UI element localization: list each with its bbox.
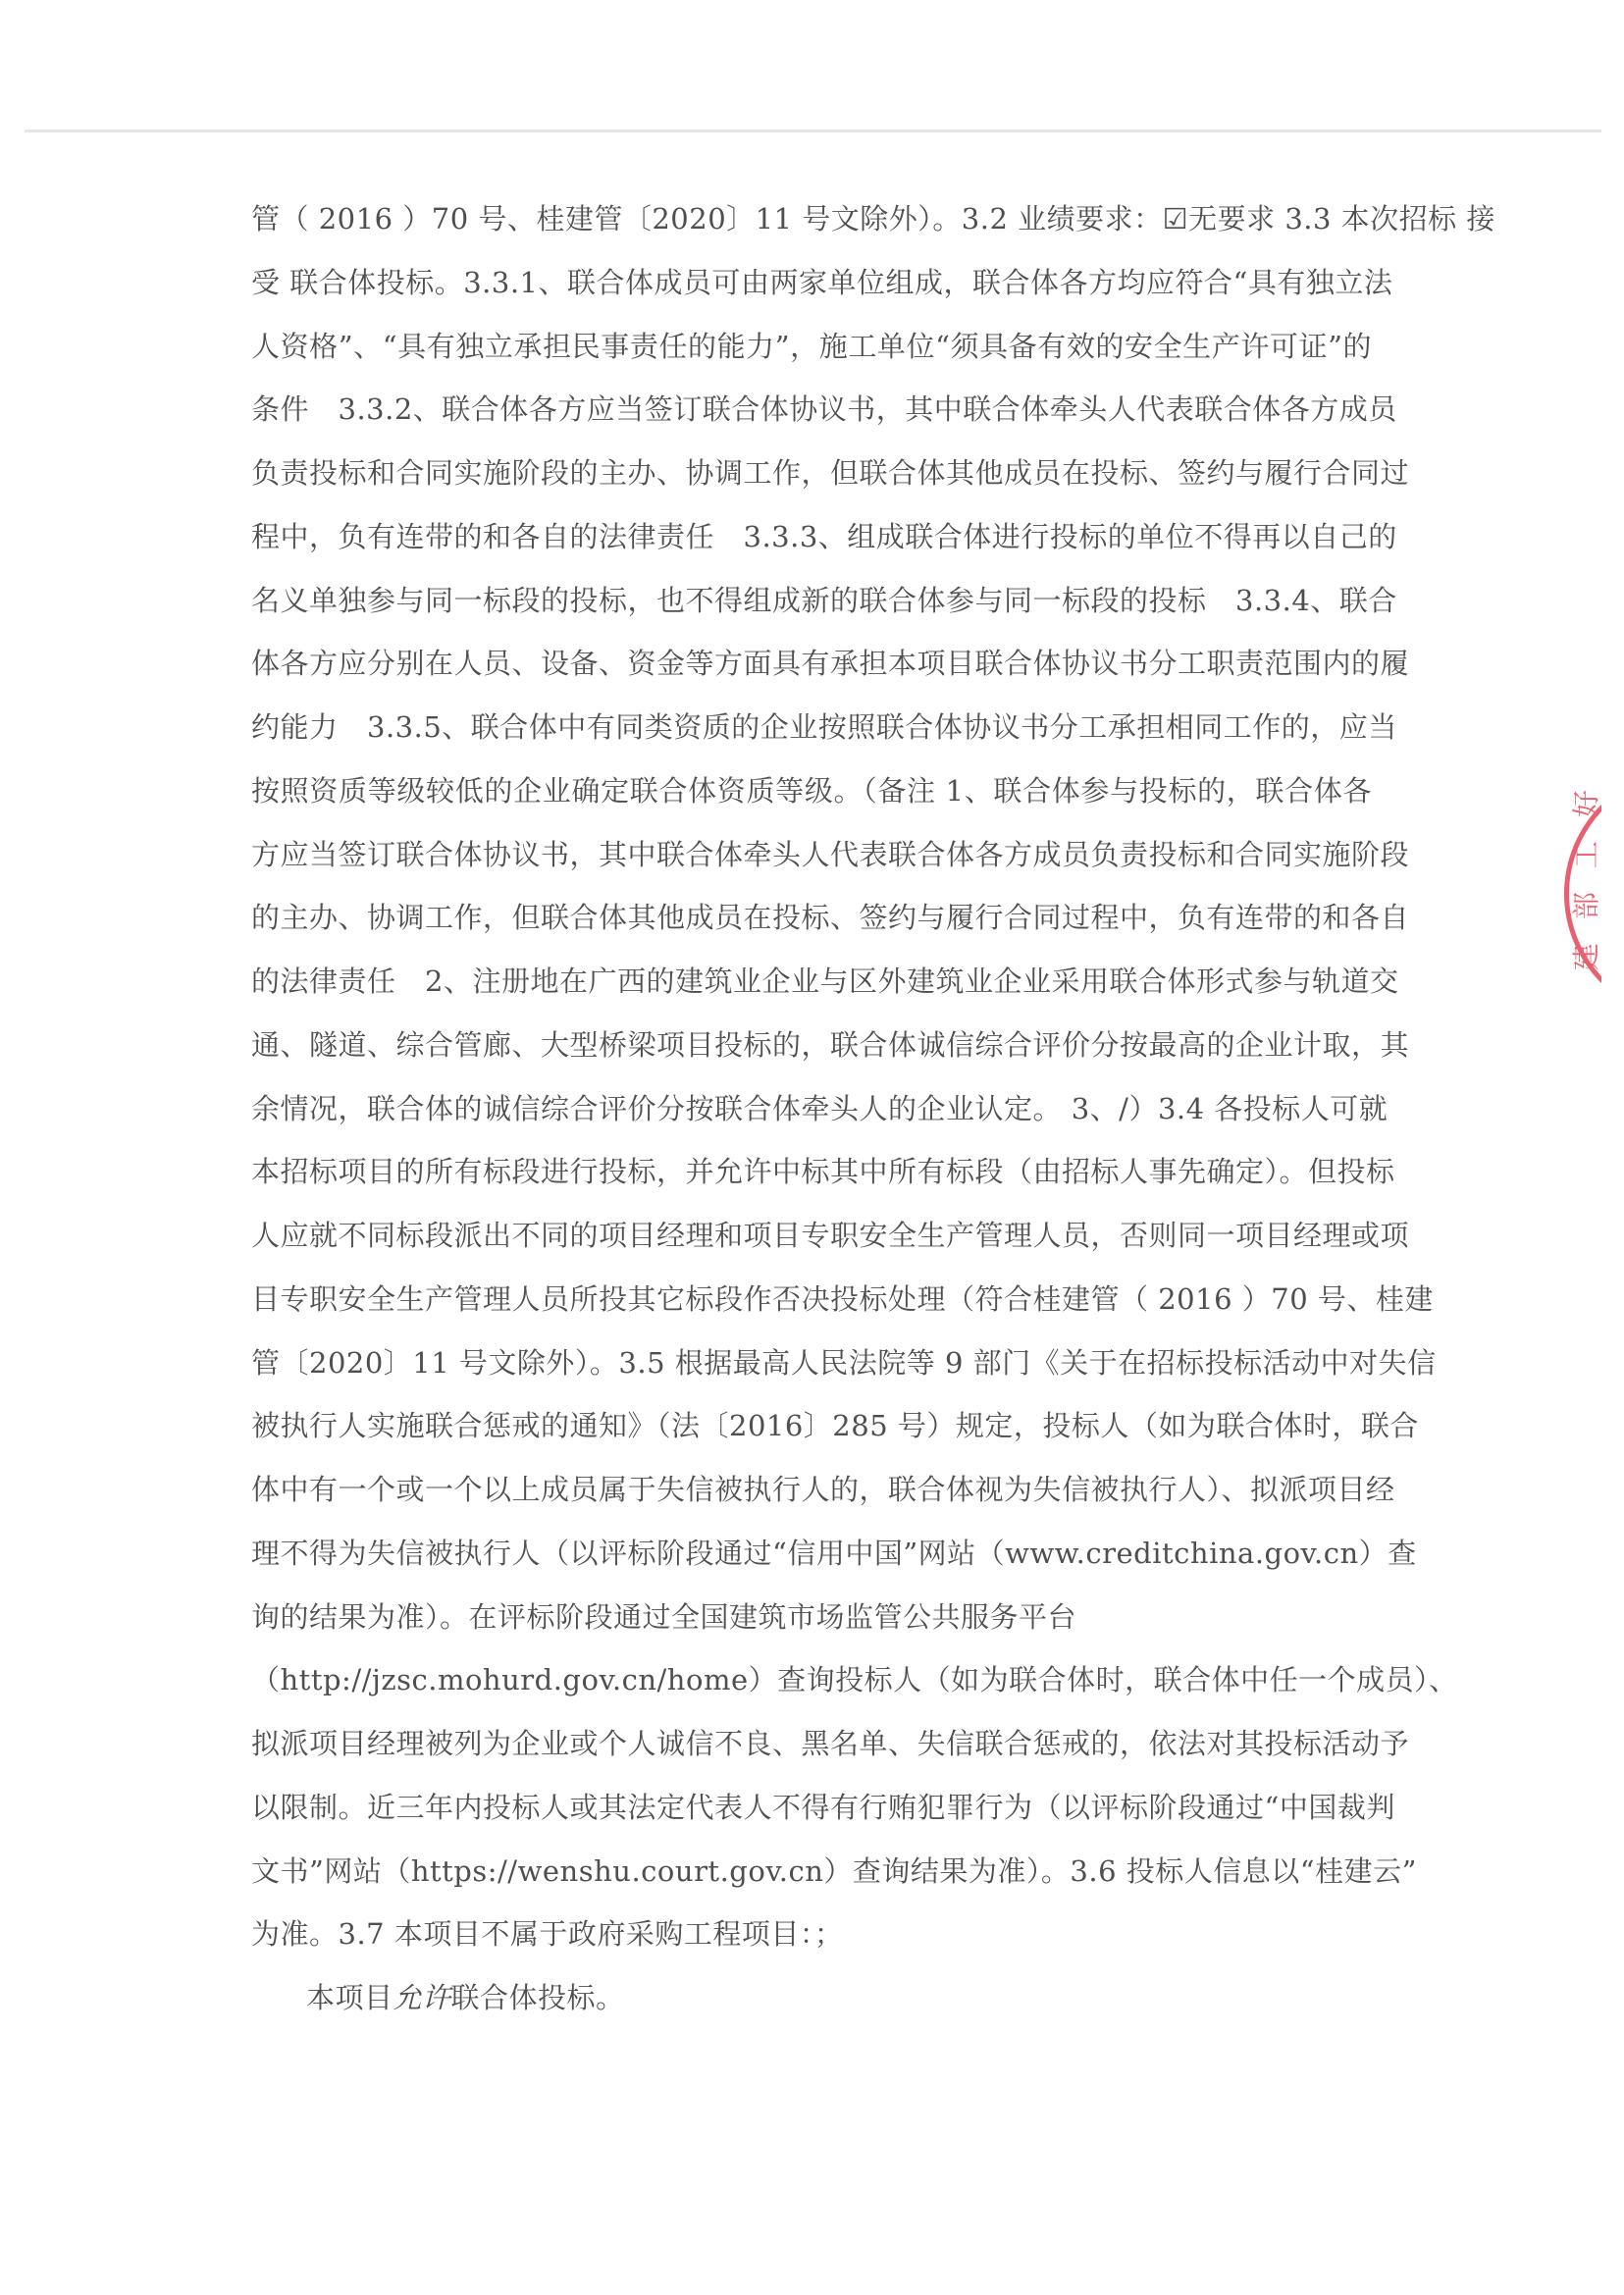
text-line: 体各方应分别在人员、设备、资金等方面具有承担本项目联合体协议书分工职责范围内的履: [251, 632, 1372, 696]
text-line: 受 联合体投标。3.3.1、联合体成员可由两家单位组成，联合体各方均应符合“具有…: [251, 251, 1372, 315]
seal-glyph: 建: [1564, 937, 1601, 970]
official-seal-text: 好 工 部 建: [1564, 775, 1601, 1016]
seal-glyph: 工: [1564, 835, 1601, 868]
text-line: 通、隧道、综合管廊、大型桥梁项目投标的，联合体诚信综合评价分按最高的企业计取，其: [251, 1014, 1372, 1077]
text-line: 方应当签订联合体协议书，其中联合体牵头人代表联合体各方成员负责投标和合同实施阶段: [251, 823, 1372, 887]
text-line: 询的结果为准）。在评标阶段通过全国建筑市场监管公共服务平台: [251, 1586, 1372, 1649]
text-line: 管（ 2016 ）70 号、桂建管〔2020〕11 号文除外）。3.2 业绩要求…: [251, 187, 1372, 251]
text-line: 文书”网站（https://wenshu.court.gov.cn）查询结果为准…: [251, 1840, 1372, 1904]
text-line: 按照资质等级较低的企业确定联合体资质等级。（备注 1、联合体参与投标的，联合体各: [251, 759, 1372, 823]
text-line: 的法律责任 2、注册地在广西的建筑业企业与区外建筑业企业采用联合体形式参与轨道交: [251, 950, 1372, 1014]
closing-prefix: 本项目: [306, 1981, 393, 2014]
text-line: 被执行人实施联合惩戒的通知》（法〔2016〕285 号）规定，投标人（如为联合体…: [251, 1394, 1372, 1458]
text-line: 条件 3.3.2、联合体各方应当签订联合体协议书，其中联合体牵头人代表联合体各方…: [251, 378, 1372, 442]
text-line: 拟派项目经理被列为企业或个人诚信不良、黑名单、失信联合惩戒的，依法对其投标活动予: [251, 1712, 1372, 1776]
closing-emphasis: 允许: [393, 1981, 451, 2014]
seal-glyph: 部: [1564, 886, 1601, 919]
text-line: 余情况，联合体的诚信综合评价分按联合体牵头人的企业认定。 3、/）3.4 各投标…: [251, 1077, 1372, 1141]
text-line: 理不得为失信被执行人（以评标阶段通过“信用中国”网站（www.creditchi…: [251, 1522, 1372, 1586]
closing-statement: 本项目允许联合体投标。: [251, 1966, 1372, 2030]
text-line: 约能力 3.3.5、联合体中有同类资质的企业按照联合体协议书分工承担相同工作的，…: [251, 696, 1372, 759]
text-line: 负责投标和合同实施阶段的主办、协调工作，但联合体其他成员在投标、签约与履行合同过: [251, 442, 1372, 505]
text-line-url: （http://jzsc.mohurd.gov.cn/home）查询投标人（如为…: [251, 1648, 1372, 1712]
text-line: 的主办、协调工作，但联合体其他成员在投标、签约与履行合同过程中，负有连带的和各自: [251, 886, 1372, 950]
text-line: 本招标项目的所有标段进行投标，并允许中标其中所有标段（由招标人事先确定）。但投标: [251, 1140, 1372, 1204]
text-line: 名义单独参与同一标段的投标，也不得组成新的联合体参与同一标段的投标 3.3.4、…: [251, 569, 1372, 633]
seal-glyph: 好: [1564, 784, 1601, 817]
text-line: 人应就不同标段派出不同的项目经理和项目专职安全生产管理人员，否则同一项目经理或项: [251, 1204, 1372, 1268]
text-line: 管〔2020〕11 号文除外）。3.5 根据最高人民法院等 9 部门《关于在招标…: [251, 1331, 1372, 1395]
text-line: 目专职安全生产管理人员所投其它标段作否决投标处理（符合桂建管（ 2016 ）70…: [251, 1268, 1372, 1331]
closing-suffix: 联合体投标。: [451, 1981, 625, 2014]
header-rule: [25, 130, 1601, 132]
text-line: 程中，负有连带的和各自的法律责任 3.3.3、组成联合体进行投标的单位不得再以自…: [251, 505, 1372, 569]
text-line: 体中有一个或一个以上成员属于失信被执行人的，联合体视为失信被执行人）、拟派项目经: [251, 1458, 1372, 1522]
text-line: 以限制。近三年内投标人或其法定代表人不得有行贿犯罪行为（以评标阶段通过“中国裁判: [251, 1776, 1372, 1840]
document-body: 管（ 2016 ）70 号、桂建管〔2020〕11 号文除外）。3.2 业绩要求…: [251, 187, 1372, 2030]
text-line: 人资格”、“具有独立承担民事责任的能力”，施工单位“须具备有效的安全生产许可证”…: [251, 315, 1372, 379]
text-line: 为准。3.7 本项目不属于政府采购工程项目：；: [251, 1903, 1372, 1966]
